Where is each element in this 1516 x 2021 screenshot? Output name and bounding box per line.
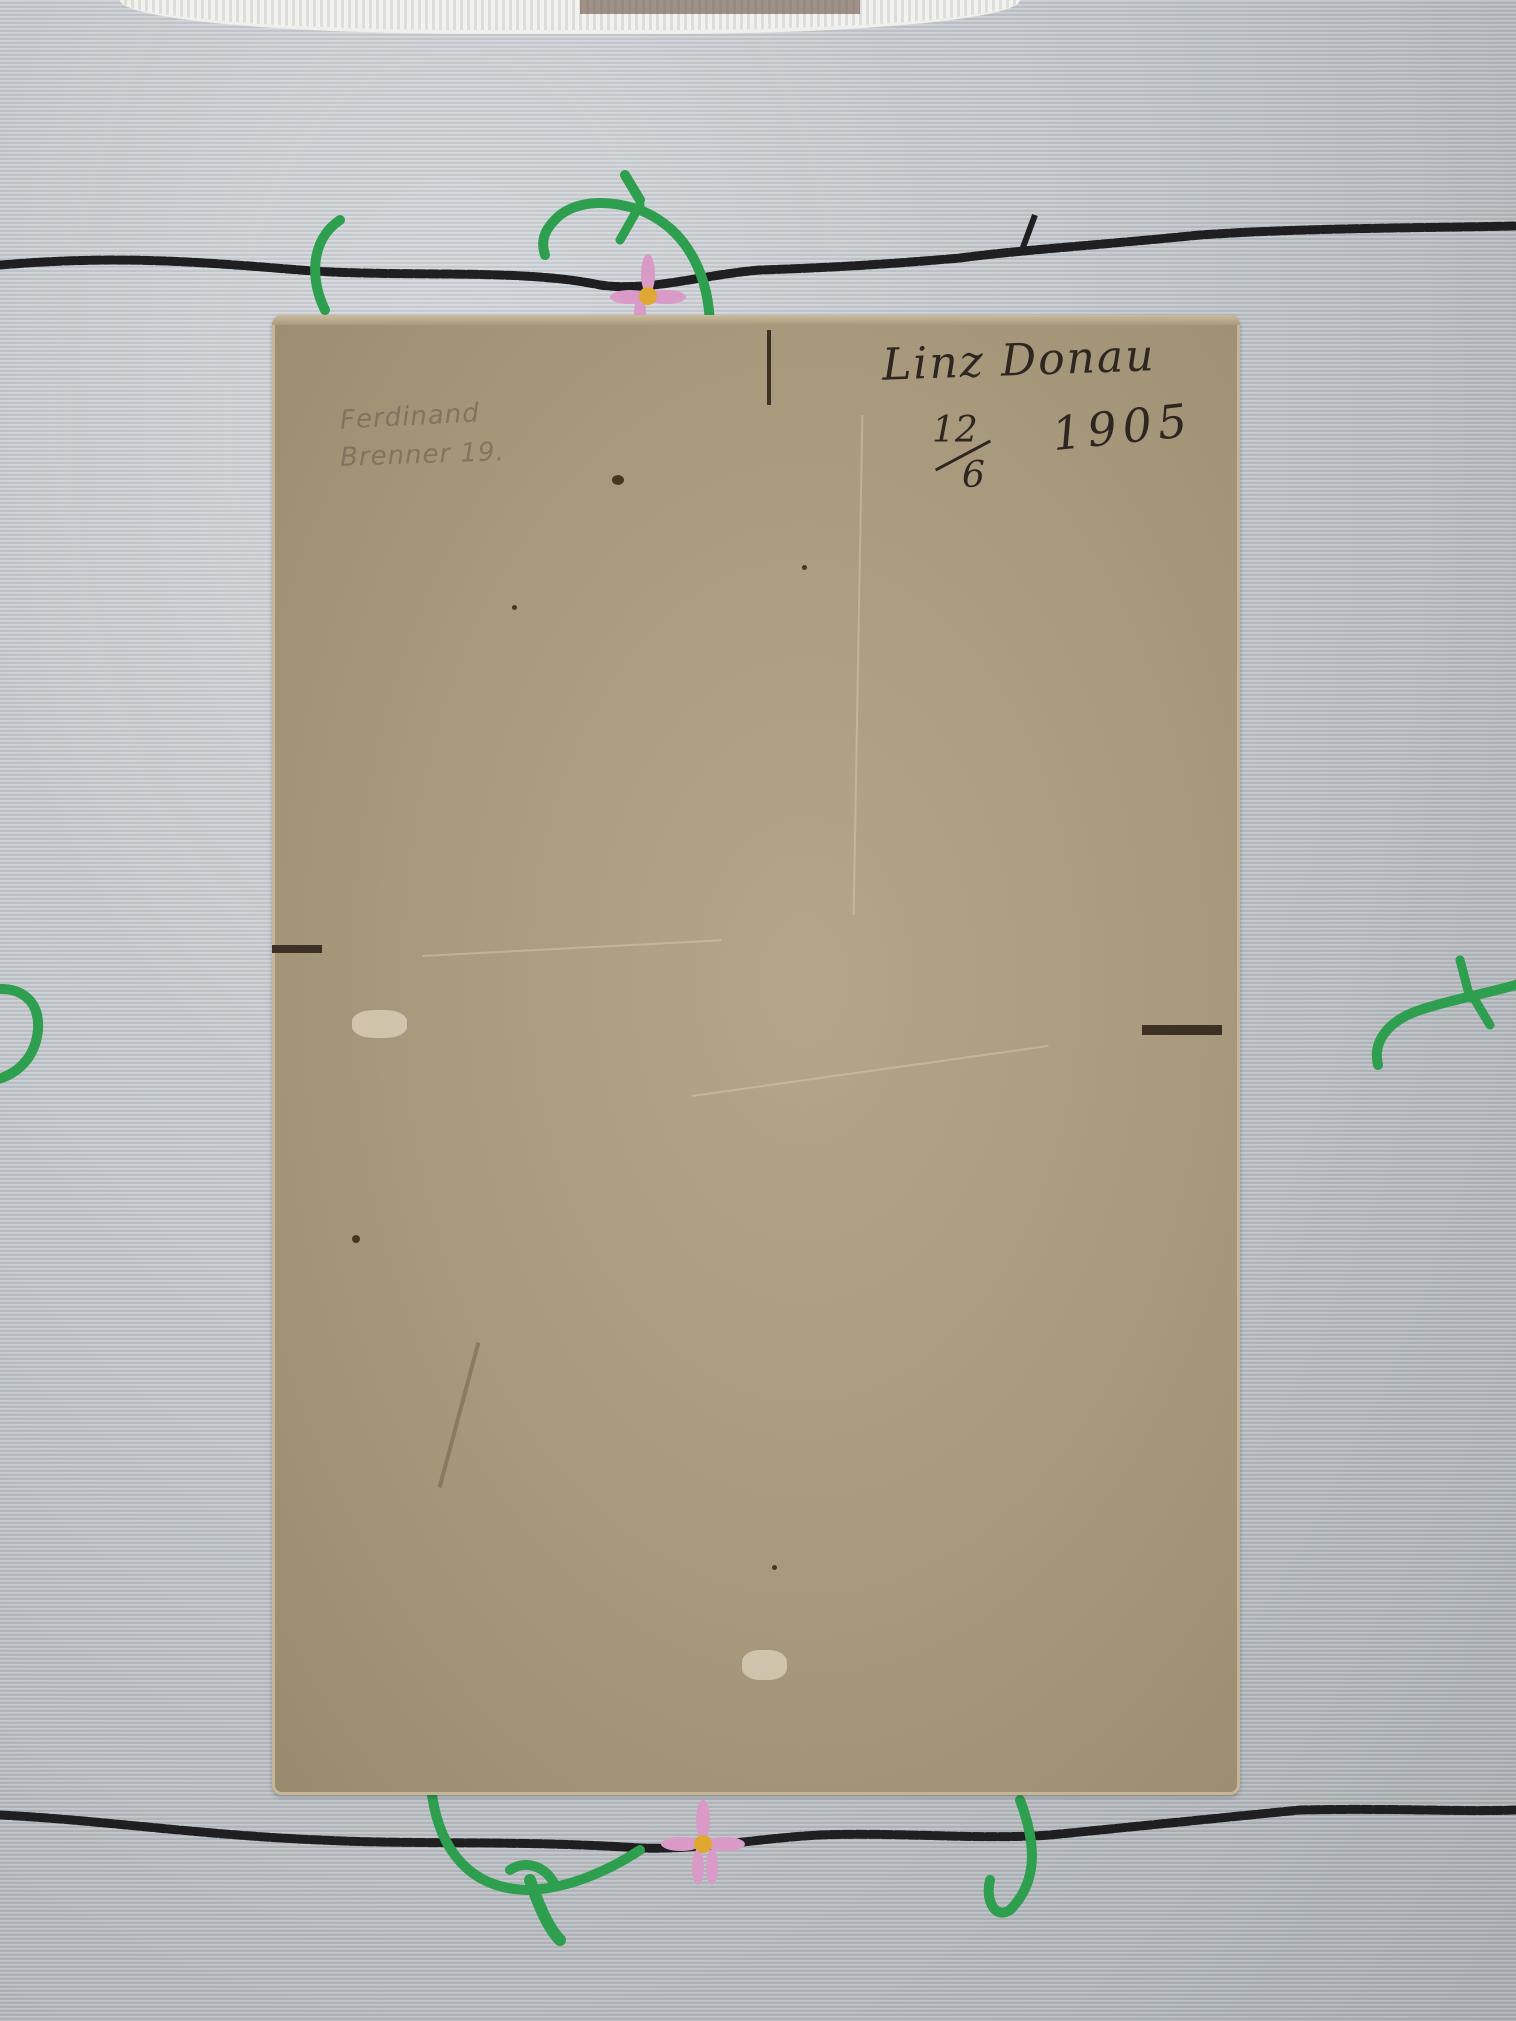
date-numerator: 12 (932, 410, 978, 451)
paper-scuff (352, 1010, 407, 1038)
stain-spot (772, 1565, 777, 1570)
handwritten-year: 1905 (1050, 393, 1196, 461)
card-top-edge (272, 315, 1240, 325)
stain-spot (512, 605, 517, 610)
stain-spot (802, 565, 807, 570)
edge-tear-right (1142, 1025, 1222, 1035)
date-denominator: 6 (962, 455, 985, 496)
vertical-crease (853, 415, 864, 915)
cabinet-card-back: Linz Donau 12 6 1905 Ferdinand Brenner 1… (272, 315, 1240, 1795)
handwritten-place: Linz Donau (881, 330, 1156, 391)
surface-scratch (422, 939, 722, 957)
ink-streak (438, 1342, 481, 1488)
paper-scuff (742, 1650, 787, 1680)
stain-spot (352, 1235, 360, 1243)
surface-scratch (692, 1045, 1049, 1097)
edge-tear-left (272, 945, 322, 953)
pencil-note-line1: Ferdinand (339, 398, 480, 435)
pencil-note-line2: Brenner 19. (340, 437, 506, 473)
stain-spot (612, 475, 624, 485)
handwritten-date-fraction: 12 6 (932, 410, 992, 490)
ink-scratch (767, 330, 771, 405)
